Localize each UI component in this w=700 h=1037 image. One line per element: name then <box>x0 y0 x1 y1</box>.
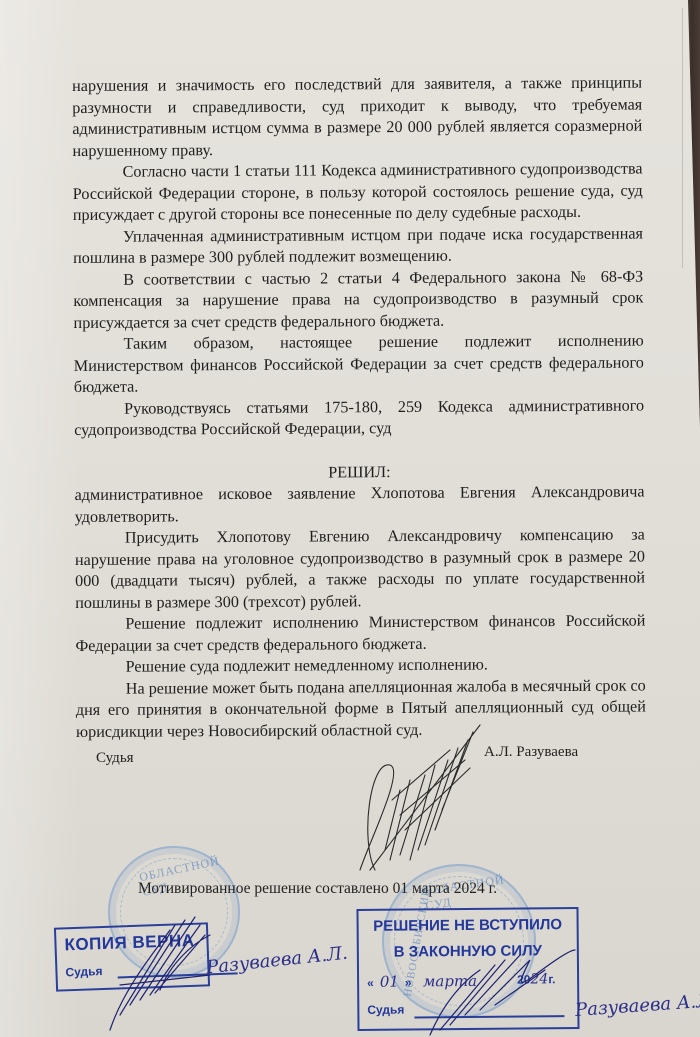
paragraph: Руководствуясь статьями 175-180, 259 Код… <box>74 395 644 441</box>
document-page: нарушения и значимость его последствий д… <box>0 0 700 1037</box>
stamp-date-day: 01 <box>374 973 405 991</box>
stamp-judge-label: Судья <box>367 1003 404 1017</box>
paragraph: нарушения и значимость его последствий д… <box>72 73 643 162</box>
not-in-force-signature-icon <box>425 930 605 1037</box>
paragraph: В соответствии с частью 2 статьи 4 Федер… <box>73 266 643 334</box>
document-body: нарушения и значимость его последствий д… <box>72 73 646 743</box>
judge-signature-icon <box>330 720 500 880</box>
page-edge-line <box>682 8 683 268</box>
decision-paragraph: Присудить Хлопотову Евгению Александрови… <box>75 525 646 614</box>
paragraph: Уплаченная административным истцом при п… <box>73 223 643 269</box>
copy-signature-icon <box>100 905 220 1035</box>
stamp-judge-label: Судья <box>65 964 103 979</box>
judge-label: Судья <box>96 750 134 767</box>
decision-paragraph: административное исковое заявление Хлопо… <box>74 482 644 528</box>
paragraph: Таким образом, настоящее решение подлежи… <box>74 331 644 399</box>
paragraph: Согласно части 1 статьи 111 Кодекса адми… <box>73 159 643 227</box>
motivated-decision-date: Мотивированное решение составлено 01 мар… <box>138 880 497 898</box>
decision-paragraph: Решение подлежит исполнению Министерство… <box>75 611 645 657</box>
